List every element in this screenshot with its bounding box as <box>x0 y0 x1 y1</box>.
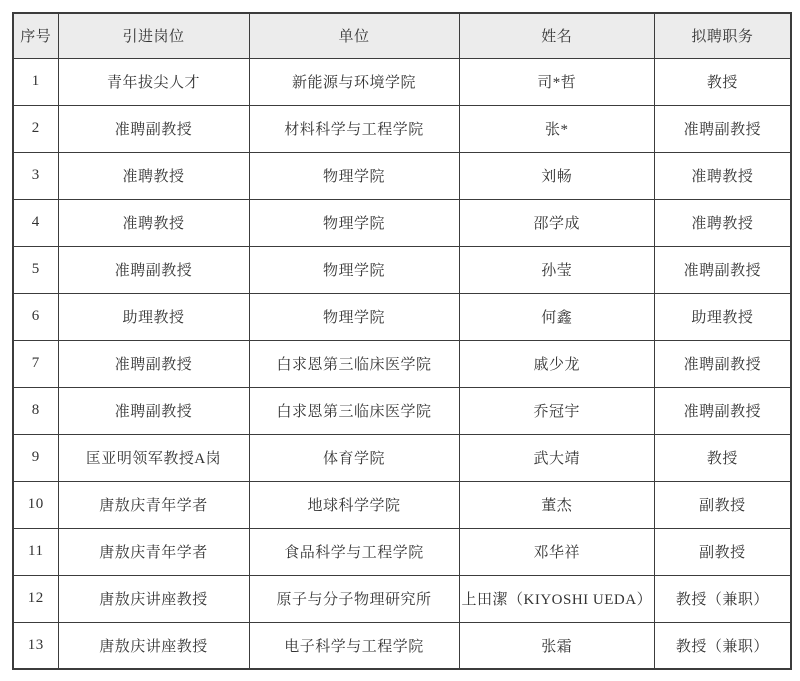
cell-title: 教授 <box>655 58 791 105</box>
cell-index: 4 <box>13 199 58 246</box>
column-header-index: 序号 <box>13 13 58 58</box>
cell-index: 5 <box>13 246 58 293</box>
cell-title: 助理教授 <box>655 293 791 340</box>
cell-name: 何鑫 <box>459 293 655 340</box>
table-row: 5准聘副教授物理学院孙莹准聘副教授 <box>13 246 791 293</box>
cell-name: 董杰 <box>459 481 655 528</box>
cell-index: 13 <box>13 622 58 669</box>
table-row: 13唐敖庆讲座教授电子科学与工程学院张霜教授（兼职） <box>13 622 791 669</box>
cell-index: 1 <box>13 58 58 105</box>
cell-index: 11 <box>13 528 58 575</box>
cell-index: 12 <box>13 575 58 622</box>
cell-position: 准聘副教授 <box>58 340 249 387</box>
cell-title: 教授 <box>655 434 791 481</box>
cell-index: 3 <box>13 152 58 199</box>
cell-name: 邵学成 <box>459 199 655 246</box>
cell-index: 10 <box>13 481 58 528</box>
cell-position: 唐敖庆讲座教授 <box>58 575 249 622</box>
cell-title: 教授（兼职） <box>655 622 791 669</box>
cell-name: 孙莹 <box>459 246 655 293</box>
cell-unit: 地球科学学院 <box>249 481 459 528</box>
cell-unit: 物理学院 <box>249 199 459 246</box>
table-row: 6助理教授物理学院何鑫助理教授 <box>13 293 791 340</box>
cell-position: 唐敖庆青年学者 <box>58 528 249 575</box>
cell-position: 匡亚明领军教授A岗 <box>58 434 249 481</box>
column-header-position: 引进岗位 <box>58 13 249 58</box>
cell-position: 唐敖庆青年学者 <box>58 481 249 528</box>
cell-index: 8 <box>13 387 58 434</box>
cell-index: 2 <box>13 105 58 152</box>
cell-unit: 物理学院 <box>249 152 459 199</box>
cell-unit: 体育学院 <box>249 434 459 481</box>
cell-index: 7 <box>13 340 58 387</box>
recruitment-announcement-page: 序号引进岗位单位姓名拟聘职务 1青年拔尖人才新能源与环境学院司*哲教授2准聘副教… <box>0 0 800 681</box>
cell-title: 准聘副教授 <box>655 246 791 293</box>
table-row: 8准聘副教授白求恩第三临床医学院乔冠宇准聘副教授 <box>13 387 791 434</box>
recruitment-table: 序号引进岗位单位姓名拟聘职务 1青年拔尖人才新能源与环境学院司*哲教授2准聘副教… <box>12 12 792 670</box>
cell-name: 刘畅 <box>459 152 655 199</box>
table-row: 11唐敖庆青年学者食品科学与工程学院邓华祥副教授 <box>13 528 791 575</box>
cell-unit: 电子科学与工程学院 <box>249 622 459 669</box>
column-header-name: 姓名 <box>459 13 655 58</box>
cell-unit: 白求恩第三临床医学院 <box>249 340 459 387</box>
cell-name: 张* <box>459 105 655 152</box>
cell-position: 准聘副教授 <box>58 246 249 293</box>
table-row: 10唐敖庆青年学者地球科学学院董杰副教授 <box>13 481 791 528</box>
cell-name: 上田潔（KIYOSHI UEDA） <box>459 575 655 622</box>
cell-position: 准聘教授 <box>58 199 249 246</box>
cell-name: 司*哲 <box>459 58 655 105</box>
cell-unit: 白求恩第三临床医学院 <box>249 387 459 434</box>
cell-index: 6 <box>13 293 58 340</box>
cell-title: 副教授 <box>655 528 791 575</box>
cell-index: 9 <box>13 434 58 481</box>
cell-unit: 原子与分子物理研究所 <box>249 575 459 622</box>
table-body: 1青年拔尖人才新能源与环境学院司*哲教授2准聘副教授材料科学与工程学院张*准聘副… <box>13 58 791 669</box>
cell-unit: 食品科学与工程学院 <box>249 528 459 575</box>
cell-title: 准聘副教授 <box>655 387 791 434</box>
cell-position: 准聘副教授 <box>58 105 249 152</box>
cell-unit: 新能源与环境学院 <box>249 58 459 105</box>
cell-unit: 物理学院 <box>249 293 459 340</box>
cell-position: 准聘副教授 <box>58 387 249 434</box>
table-header-row: 序号引进岗位单位姓名拟聘职务 <box>13 13 791 58</box>
cell-name: 张霜 <box>459 622 655 669</box>
cell-position: 唐敖庆讲座教授 <box>58 622 249 669</box>
cell-position: 青年拔尖人才 <box>58 58 249 105</box>
cell-unit: 材料科学与工程学院 <box>249 105 459 152</box>
cell-title: 副教授 <box>655 481 791 528</box>
cell-name: 乔冠宇 <box>459 387 655 434</box>
cell-title: 教授（兼职） <box>655 575 791 622</box>
cell-name: 邓华祥 <box>459 528 655 575</box>
table-row: 9匡亚明领军教授A岗体育学院武大靖教授 <box>13 434 791 481</box>
table-row: 12唐敖庆讲座教授原子与分子物理研究所上田潔（KIYOSHI UEDA）教授（兼… <box>13 575 791 622</box>
cell-title: 准聘教授 <box>655 152 791 199</box>
cell-position: 助理教授 <box>58 293 249 340</box>
column-header-title: 拟聘职务 <box>655 13 791 58</box>
cell-title: 准聘副教授 <box>655 340 791 387</box>
cell-position: 准聘教授 <box>58 152 249 199</box>
cell-name: 戚少龙 <box>459 340 655 387</box>
table-row: 1青年拔尖人才新能源与环境学院司*哲教授 <box>13 58 791 105</box>
cell-unit: 物理学院 <box>249 246 459 293</box>
cell-title: 准聘副教授 <box>655 105 791 152</box>
table-row: 2准聘副教授材料科学与工程学院张*准聘副教授 <box>13 105 791 152</box>
cell-name: 武大靖 <box>459 434 655 481</box>
table-row: 7准聘副教授白求恩第三临床医学院戚少龙准聘副教授 <box>13 340 791 387</box>
column-header-unit: 单位 <box>249 13 459 58</box>
table-row: 4准聘教授物理学院邵学成准聘教授 <box>13 199 791 246</box>
cell-title: 准聘教授 <box>655 199 791 246</box>
table-row: 3准聘教授物理学院刘畅准聘教授 <box>13 152 791 199</box>
